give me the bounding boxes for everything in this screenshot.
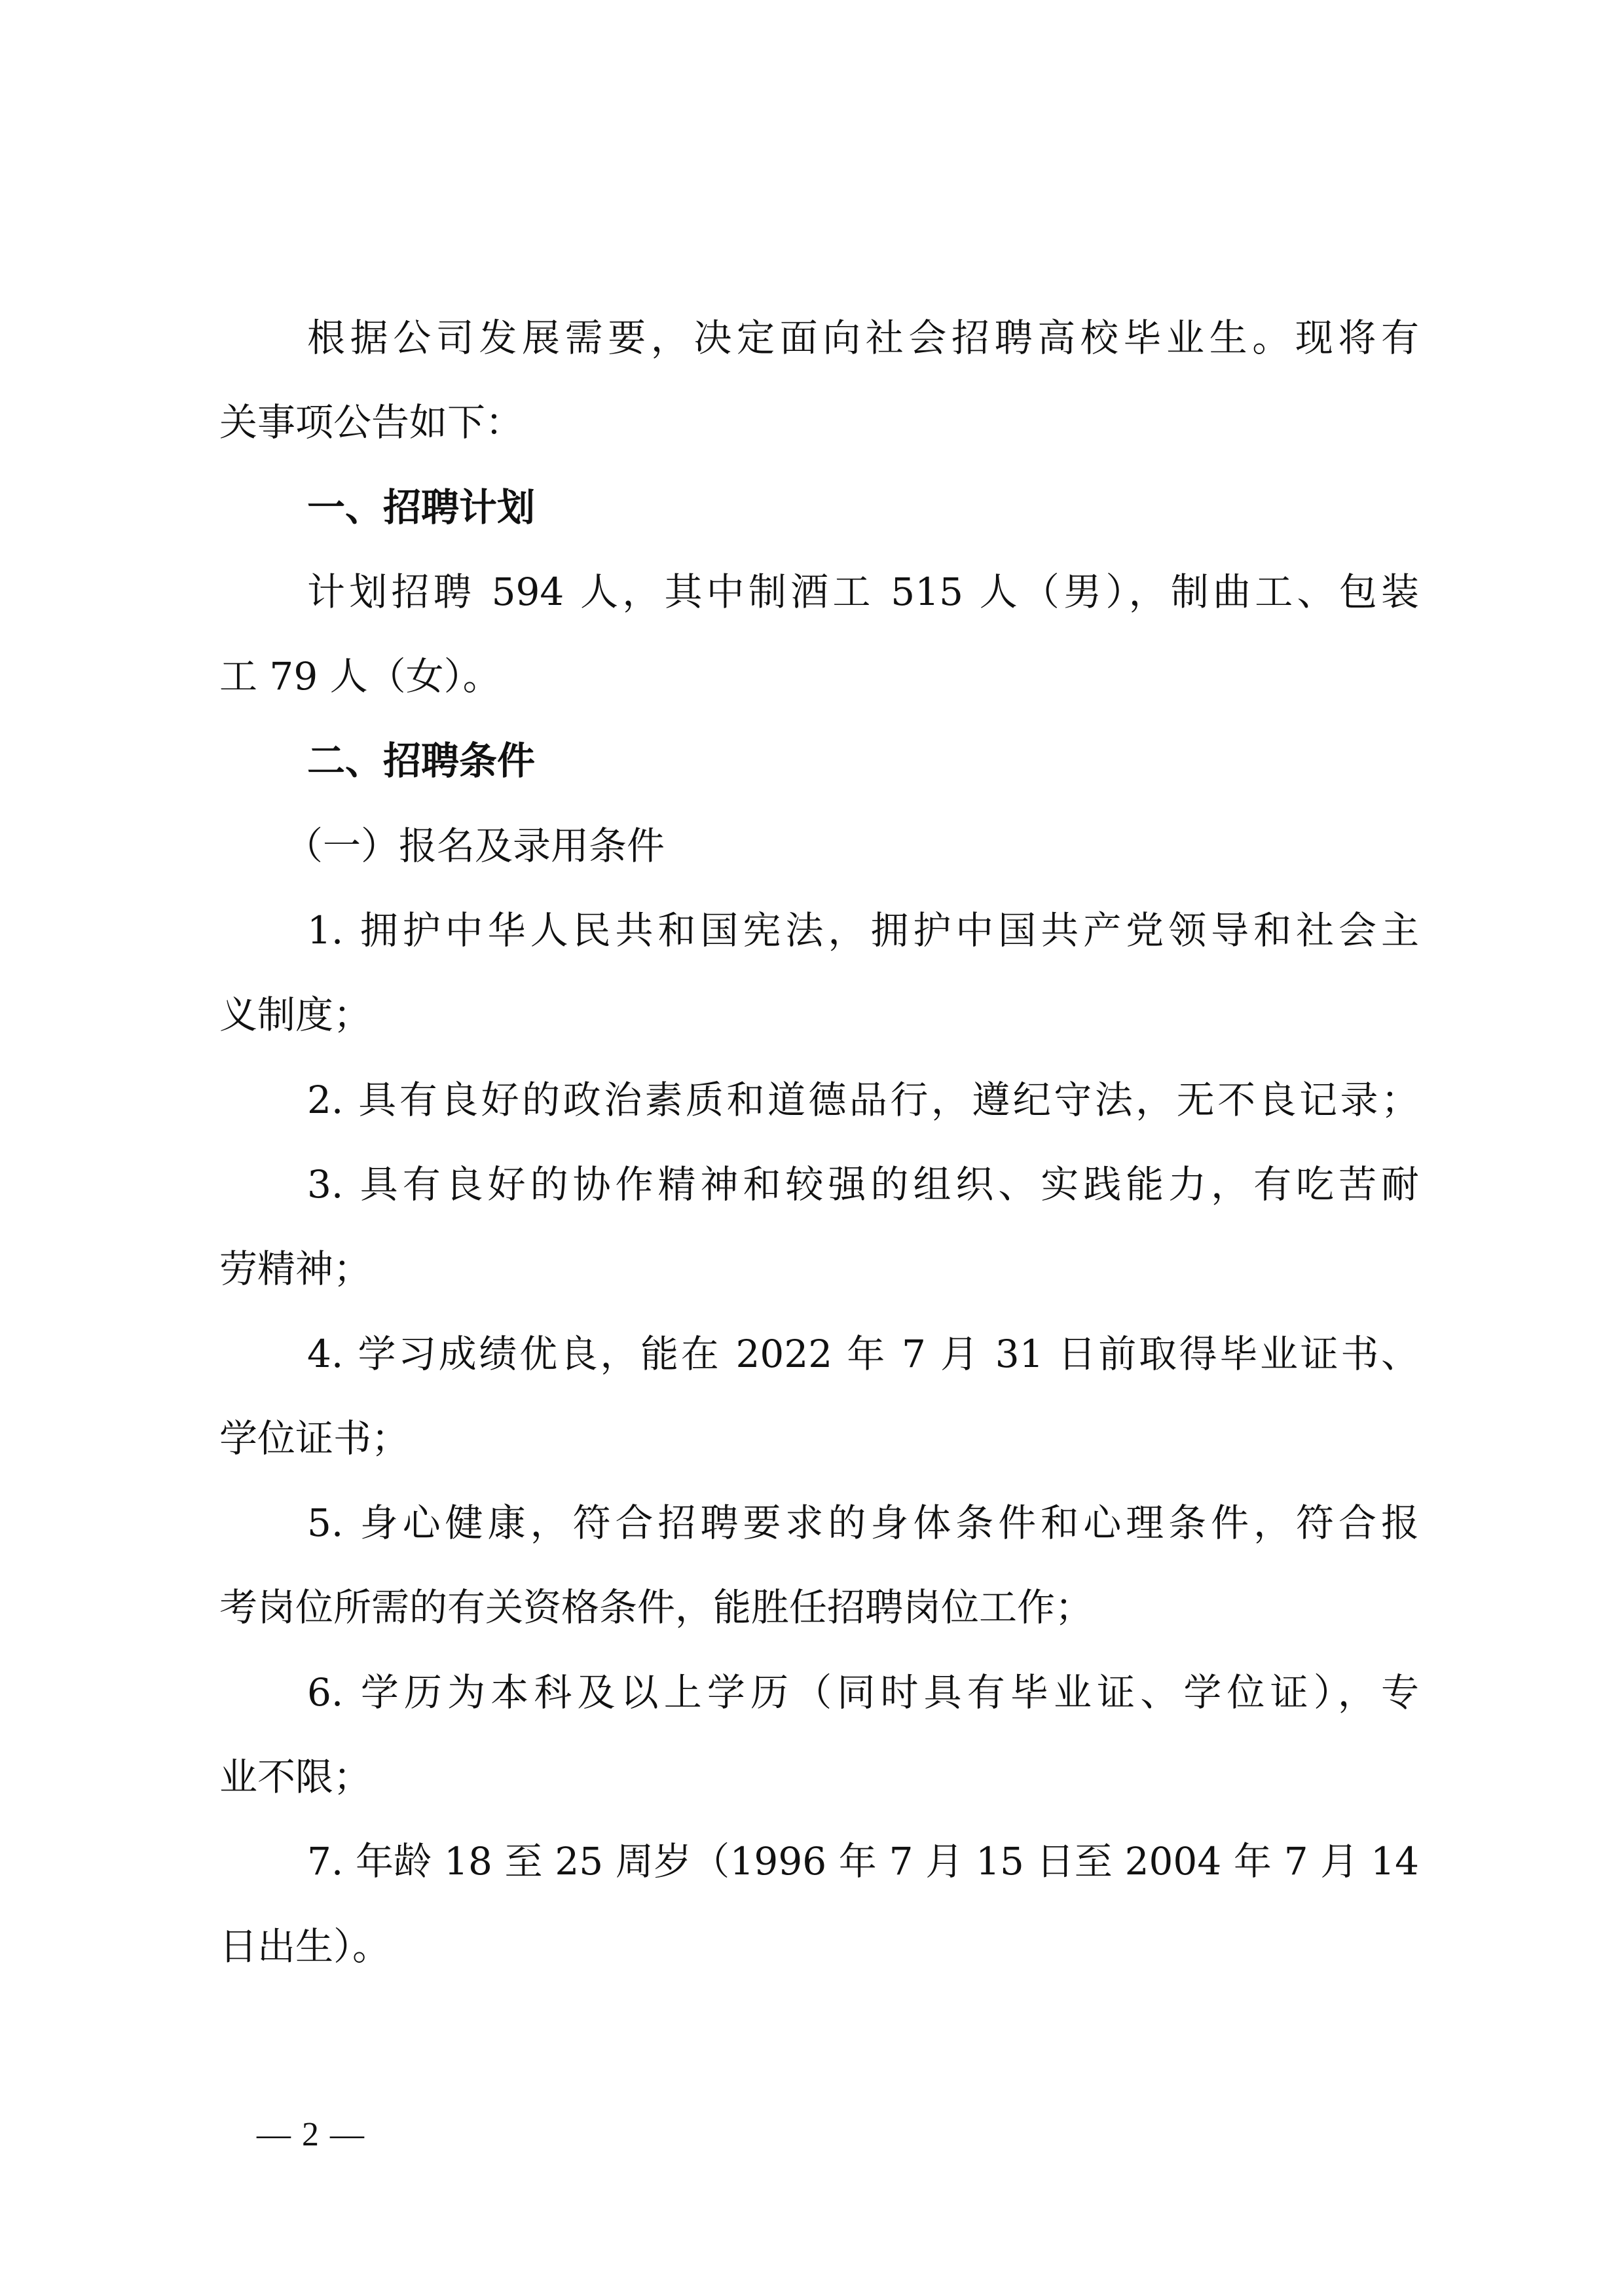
condition-item-3-line-1: 3. 具有良好的协作精神和较强的组织、实践能力，有吃苦耐 xyxy=(219,1142,1419,1227)
condition-item-4-line-2: 学位证书； xyxy=(219,1396,1419,1481)
page-number: — 2 — xyxy=(257,2112,365,2158)
condition-item-7-line-2: 日出生）。 xyxy=(219,1904,1419,1989)
document-page: 根据公司发展需要，决定面向社会招聘高校毕业生。现将有 关事项公告如下： 一、招聘… xyxy=(0,0,1624,2296)
condition-item-3-line-2: 劳精神； xyxy=(219,1227,1419,1311)
intro-line-2: 关事项公告如下： xyxy=(219,380,1419,465)
intro-line-1: 根据公司发展需要，决定面向社会招聘高校毕业生。现将有 xyxy=(219,296,1419,380)
condition-item-6-line-1: 6. 学历为本科及以上学历（同时具有毕业证、学位证），专 xyxy=(219,1650,1419,1735)
section-heading-recruitment-conditions: 二、招聘条件 xyxy=(219,719,1419,803)
subsection-heading-eligibility: （一）报名及录用条件 xyxy=(219,804,1419,888)
condition-item-5-line-2: 考岗位所需的有关资格条件，能胜任招聘岗位工作； xyxy=(219,1565,1419,1650)
condition-item-2-line-1: 2. 具有良好的政治素质和道德品行，遵纪守法，无不良记录； xyxy=(219,1058,1419,1142)
condition-item-1-line-1: 1. 拥护中华人民共和国宪法，拥护中国共产党领导和社会主 xyxy=(219,888,1419,973)
condition-item-4-line-1: 4. 学习成绩优良，能在 2022 年 7 月 31 日前取得毕业证书、 xyxy=(219,1312,1419,1396)
condition-item-6-line-2: 业不限； xyxy=(219,1735,1419,1819)
condition-item-1-line-2: 义制度； xyxy=(219,973,1419,1057)
condition-item-5-line-1: 5. 身心健康，符合招聘要求的身体条件和心理条件，符合报 xyxy=(219,1481,1419,1565)
document-body: 根据公司发展需要，决定面向社会招聘高校毕业生。现将有 关事项公告如下： 一、招聘… xyxy=(219,296,1419,1989)
plan-line-2: 工 79 人（女）。 xyxy=(219,634,1419,719)
condition-item-7-line-1: 7. 年龄 18 至 25 周岁（1996 年 7 月 15 日至 2004 年… xyxy=(219,1819,1419,1904)
plan-line-1: 计划招聘 594 人，其中制酒工 515 人（男），制曲工、包装 xyxy=(219,550,1419,634)
section-heading-recruitment-plan: 一、招聘计划 xyxy=(219,465,1419,550)
